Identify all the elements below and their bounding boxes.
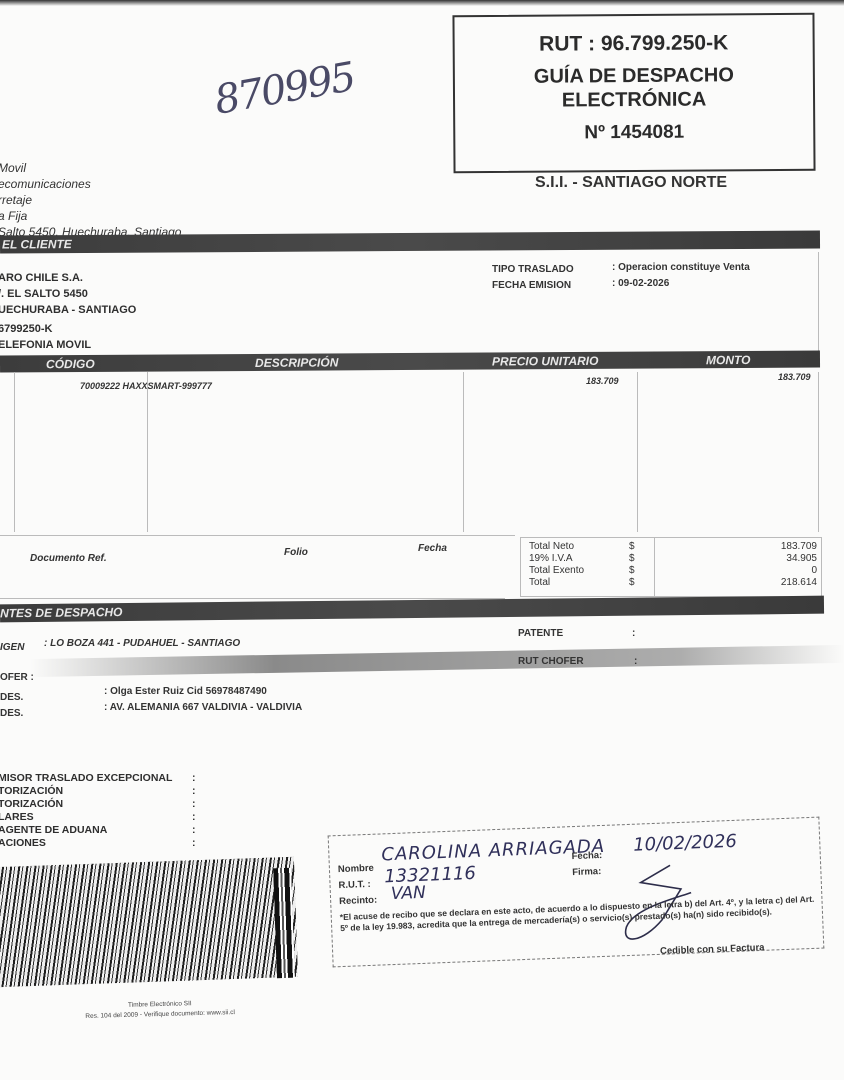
total-value: 218.614: [781, 577, 817, 589]
dispatch-guide-document: 870995 RUT : 96.799.250-K GUÍA DE DESPAC…: [0, 0, 844, 1080]
currency-symbol: $: [629, 577, 635, 589]
total-value: 0: [781, 565, 817, 577]
client-line: ELEFONIA MOVIL: [0, 337, 136, 353]
destino-value: : AV. ALEMANIA 667 VALDIVIA - VALDIVIA: [104, 702, 302, 713]
chofer-label: OFER :: [0, 672, 34, 683]
document-type-line2: ELECTRÓNICA: [455, 87, 813, 113]
extra-field-values: : : : : : :: [192, 772, 196, 850]
fecha-recibo-value: 10/02/2026: [633, 831, 737, 856]
ref-line: [0, 535, 515, 536]
field-value: :: [192, 811, 196, 824]
col-precio: PRECIO UNITARIO: [492, 354, 599, 369]
field-label: MISOR TRASLADO EXCEPCIONAL: [0, 772, 172, 784]
timbre-caption: Timbre Electrónico SII Res. 104 del 2009…: [40, 997, 280, 1023]
total-value: 183.709: [781, 541, 817, 553]
field-value: :: [192, 824, 196, 837]
pdf417-barcode: [0, 857, 298, 987]
scan-edge-shadow: [0, 0, 844, 6]
items-header-bar: CÓDIGO DESCRIPCIÓN PRECIO UNITARIO MONTO: [0, 350, 820, 372]
currency-symbol: $: [629, 553, 635, 565]
total-value: 34.905: [781, 553, 817, 565]
client-line: UECHURABA - SANTIAGO: [0, 302, 136, 318]
sii-office: S.I.I. - SANTIAGO NORTE: [535, 174, 727, 192]
total-label: Total Exento: [529, 565, 584, 577]
dispatch-section-bar: NTES DE DESPACHO: [0, 596, 824, 623]
recinto-value: VAN: [391, 883, 427, 904]
client-section-bar: EL CLIENTE: [0, 230, 820, 253]
nombre-label: Nombre: [338, 863, 374, 875]
handwritten-number: 870995: [211, 54, 358, 124]
total-label: 19% I.V.A: [529, 553, 584, 565]
issuer-line: a Fija: [0, 208, 181, 224]
border-line: [818, 252, 819, 352]
tipo-traslado-value: : Operacion constituye Venta: [612, 262, 750, 273]
document-number: Nº 1454081: [455, 121, 813, 145]
tipo-traslado-label: TIPO TRASLADO: [492, 264, 574, 275]
documento-ref-label: Documento Ref.: [30, 553, 107, 564]
rut-label: R.U.T. :: [338, 879, 371, 891]
fecha-emision-label: FECHA EMISION: [492, 280, 571, 291]
field-value: :: [192, 798, 196, 811]
issuer-line: ecomunicaciones: [0, 176, 181, 192]
field-label: ACIONES: [0, 837, 46, 849]
recinto-label: Recinto:: [339, 895, 377, 907]
rut-chofer-label: RUT CHOFER: [518, 656, 584, 667]
destino-label: DES.: [0, 708, 23, 719]
issuer-rut: RUT : 96.799.250-K: [455, 31, 813, 57]
origen-label: IGEN: [0, 642, 24, 653]
item-code-description: 70009222 HAXXSMART-999777: [80, 381, 212, 391]
scan-smudge: [30, 645, 844, 677]
dispatch-section-title: NTES DE DESPACHO: [0, 605, 123, 620]
field-value: :: [192, 785, 196, 798]
table-line: [14, 372, 15, 532]
barcode-stop-pattern: [273, 868, 295, 979]
firma-label: Firma:: [572, 866, 601, 878]
patente-value: :: [632, 628, 635, 639]
totals-box: Total Neto 19% I.V.A Total Exento Total …: [520, 537, 822, 597]
table-line: [637, 372, 638, 532]
client-line: 6799250-K: [0, 321, 136, 337]
issuer-line: rretaje: [0, 192, 181, 208]
client-info: ARO CHILE S.A. /. EL SALTO 5450 UECHURAB…: [0, 270, 136, 353]
table-line: [818, 372, 819, 532]
fecha-emision-value: : 09-02-2026: [612, 278, 669, 289]
field-label: TORIZACIÓN: [0, 798, 63, 810]
field-label: TORIZACIÓN: [0, 785, 63, 797]
document-type-line1: GUÍA DE DESPACHO: [455, 63, 813, 89]
issuer-line: Movil: [0, 160, 181, 176]
destinatario-label: DES.: [0, 692, 23, 703]
field-value: :: [192, 772, 196, 785]
client-line: /. EL SALTO 5450: [0, 286, 136, 302]
currency-symbol: $: [629, 541, 635, 553]
patente-label: PATENTE: [518, 628, 563, 639]
item-unit-price: 183.709: [586, 376, 619, 386]
col-monto: MONTO: [706, 353, 751, 367]
client-section-title: EL CLIENTE: [2, 237, 72, 251]
origen-value: : LO BOZA 441 - PUDAHUEL - SANTIAGO: [44, 638, 240, 649]
currency-symbol: $: [629, 565, 635, 577]
item-amount: 183.709: [778, 372, 811, 382]
fecha-ref-label: Fecha: [418, 543, 447, 554]
extra-fields: MISOR TRASLADO EXCEPCIONAL TORIZACIÓN TO…: [0, 772, 172, 850]
field-label: AGENTE DE ADUANA: [0, 824, 107, 836]
col-descripcion: DESCRIPCIÓN: [255, 355, 338, 370]
rut-chofer-value: :: [634, 656, 637, 667]
total-label: Total Neto: [529, 541, 584, 553]
destinatario-value: : Olga Ester Ruiz Cid 56978487490: [104, 686, 267, 697]
fecha-recibo-label: Fecha:: [571, 850, 602, 862]
folio-label: Folio: [284, 547, 308, 558]
col-codigo: CÓDIGO: [46, 357, 95, 371]
field-value: :: [192, 837, 196, 850]
table-line: [463, 372, 464, 532]
cedible-label: Cedible con su Factura: [660, 942, 765, 957]
total-label: Total: [529, 577, 584, 589]
client-line: ARO CHILE S.A.: [0, 270, 136, 286]
table-line: [147, 372, 148, 532]
issuer-info: Movil ecomunicaciones rretaje a Fija Sal…: [0, 160, 181, 240]
field-label: LARES: [0, 811, 34, 823]
document-id-box: RUT : 96.799.250-K GUÍA DE DESPACHO ELEC…: [452, 13, 815, 174]
